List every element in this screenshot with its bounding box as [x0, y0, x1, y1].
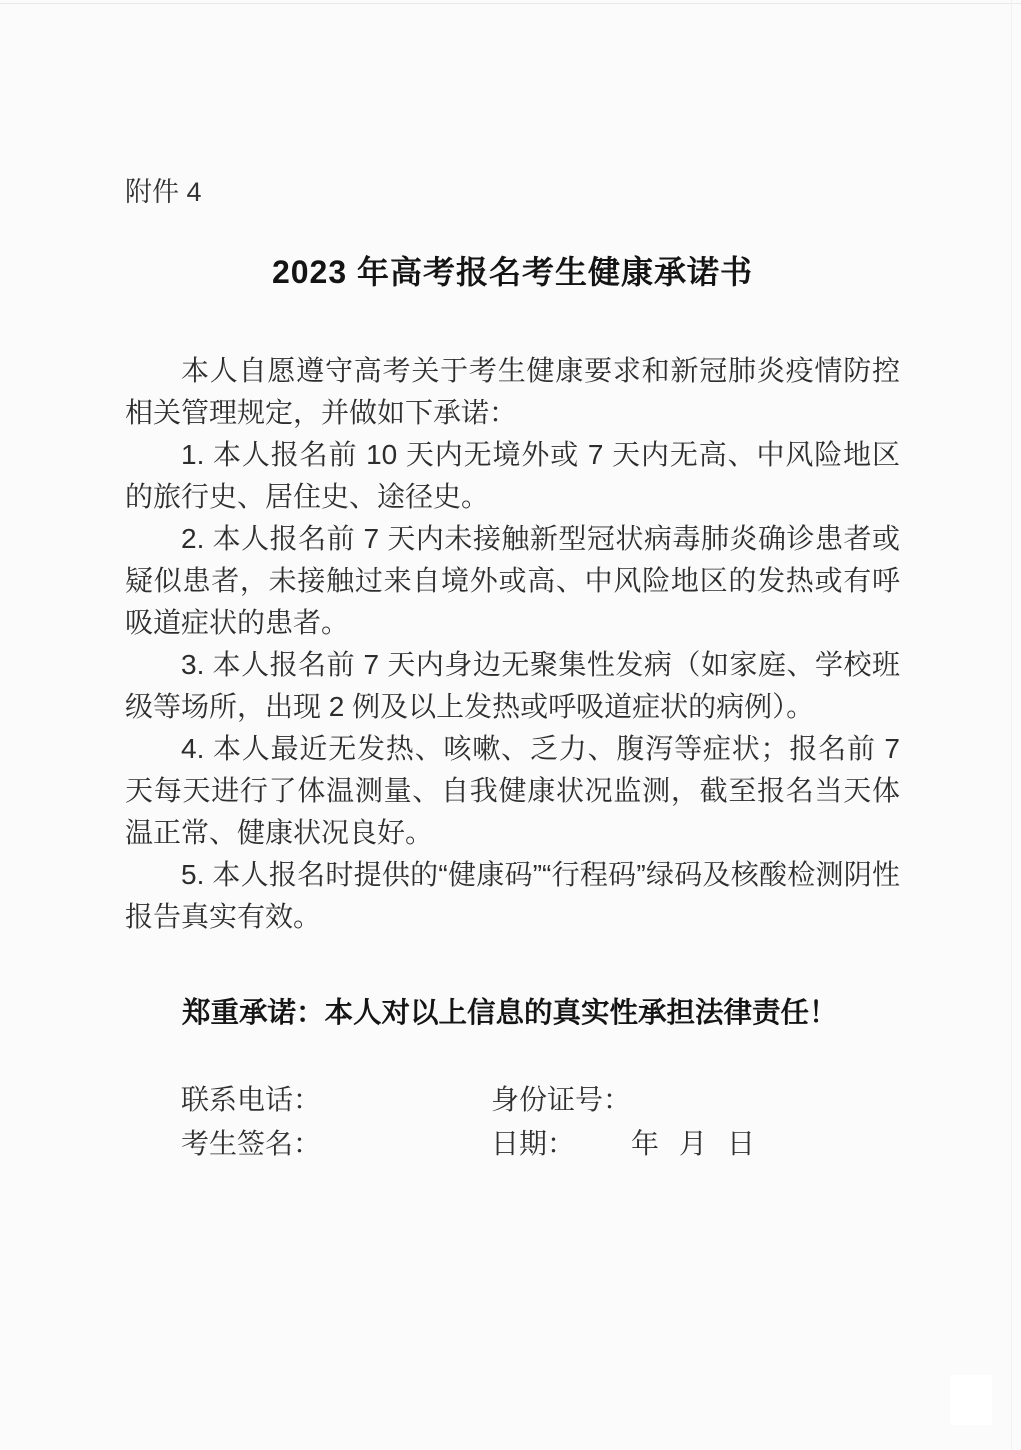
- scan-artifact: [950, 1375, 992, 1425]
- page-right-edge: [1011, 0, 1012, 1450]
- document-body: 本人自愿遵守高考关于考生健康要求和新冠肺炎疫情防控相关管理规定，并做如下承诺： …: [125, 350, 900, 938]
- list-item-3: 3. 本人报名前 7 天内身边无聚集性发病（如家庭、学校班级等场所，出现 2 例…: [125, 644, 900, 728]
- list-item-2: 2. 本人报名前 7 天内未接触新型冠状病毒肺炎确诊患者或疑似患者，未接触过来自…: [125, 518, 900, 644]
- document-page: 附件 4 2023 年高考报名考生健康承诺书 本人自愿遵守高考关于考生健康要求和…: [0, 0, 1021, 1450]
- contact-row: 联系电话：身份证号：: [125, 1078, 900, 1122]
- list-item-1: 1. 本人报名前 10 天内无境外或 7 天内无高、中风险地区的旅行史、居住史、…: [125, 434, 900, 518]
- signature-date-row: 考生签名：日期：年月日: [125, 1122, 900, 1166]
- month-label: 月: [679, 1128, 707, 1159]
- intro-paragraph: 本人自愿遵守高考关于考生健康要求和新冠肺炎疫情防控相关管理规定，并做如下承诺：: [125, 350, 900, 434]
- day-label: 日: [727, 1128, 755, 1159]
- page-title: 2023 年高考报名考生健康承诺书: [125, 252, 900, 292]
- id-number-label: 身份证号：: [491, 1084, 631, 1115]
- page-top-edge: [0, 3, 1021, 4]
- year-label: 年: [631, 1128, 659, 1159]
- attachment-label: 附件 4: [125, 176, 900, 208]
- date-label: 日期：: [491, 1128, 575, 1159]
- candidate-signature-label: 考生签名：: [181, 1122, 491, 1166]
- list-item-4: 4. 本人最近无发热、咳嗽、乏力、腹泻等症状；报名前 7 天每天进行了体温测量、…: [125, 728, 900, 854]
- commitment-statement: 郑重承诺：本人对以上信息的真实性承担法律责任！: [125, 992, 900, 1034]
- phone-label: 联系电话：: [181, 1078, 491, 1122]
- signature-area: 联系电话：身份证号： 考生签名：日期：年月日: [125, 1078, 900, 1166]
- list-item-5: 5. 本人报名时提供的“健康码”“行程码”绿码及核酸检测阴性报告真实有效。: [125, 854, 900, 938]
